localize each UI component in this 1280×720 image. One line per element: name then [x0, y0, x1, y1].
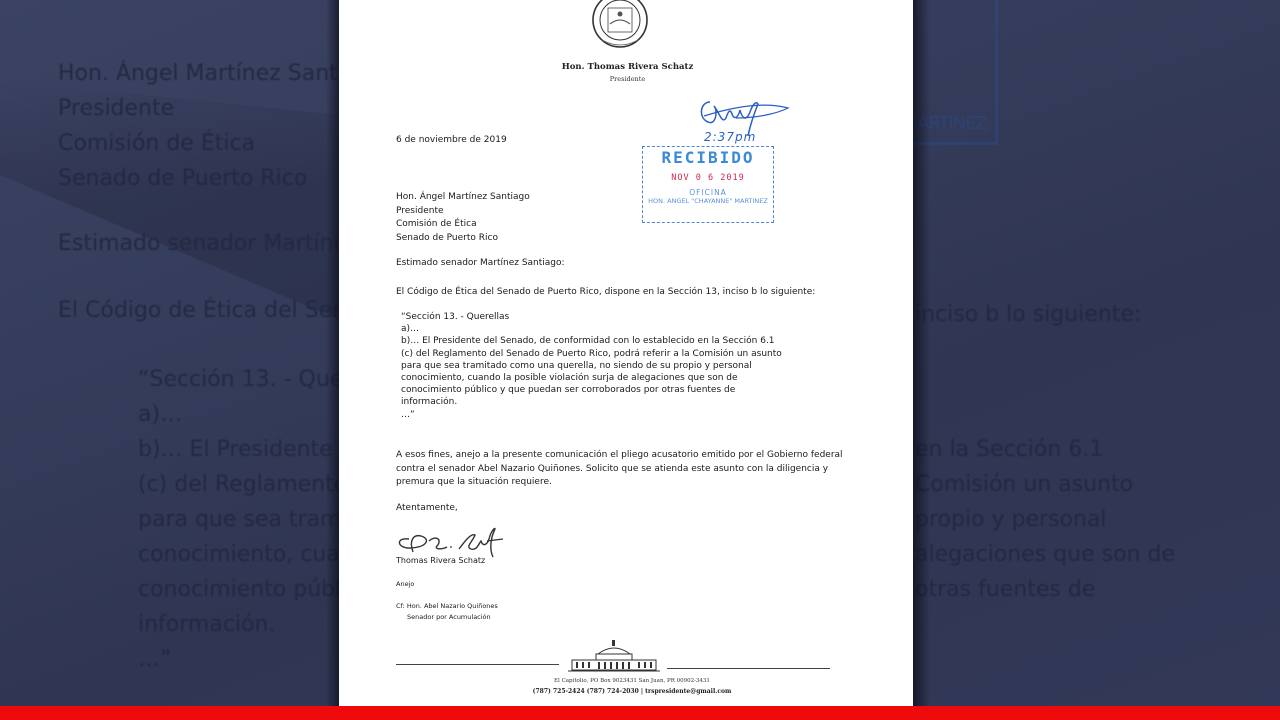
footer-contact: (787) 725-2424 (787) 724-2030 | trspresi… — [339, 688, 913, 695]
recipient-block: Hon. Ángel Martínez Santiago Presidente … — [396, 191, 530, 245]
background-quote-right-text: en la Sección 6.1 Comisión un asunto pro… — [915, 432, 1085, 607]
letter-page: Hon. Thomas Rivera Schatz Presidente 6 d… — [339, 0, 913, 706]
red-banner-bar — [0, 706, 1280, 720]
stamp-date: NOV 0 6 2019 — [643, 173, 773, 183]
bg-line: alegaciones que son de — [915, 537, 1085, 572]
quote-closing: …” — [401, 409, 807, 421]
recipient-title: Presidente — [396, 205, 530, 219]
letter-date: 6 de noviembre de 2019 — [396, 135, 507, 145]
footer-rule-right — [667, 668, 830, 669]
quote-line: información. — [401, 396, 807, 408]
sign-off: Atentamente, — [396, 503, 458, 513]
quote-line: para que sea tramitado como una querella… — [401, 360, 807, 372]
background-salutation-text: Estimado senador Martínez — [58, 226, 359, 261]
body-line: premura que la situación requiere. — [396, 476, 816, 490]
senate-seal-icon — [588, 0, 652, 54]
page-shadow-right — [912, 0, 930, 706]
salutation: Estimado senador Martínez Santiago: — [396, 258, 565, 268]
bg-line: otras fuentes de — [915, 572, 1085, 607]
body-line: A esos fines, anejo a la presente comuni… — [396, 449, 816, 463]
carbon-copy: Cf: Hon. Abel Nazario Quiñones Senador p… — [396, 601, 498, 623]
quote-heading: “Sección 13. - Querellas — [401, 311, 807, 323]
bg-line: en la Sección 6.1 — [915, 432, 1085, 467]
quote-line: b)… El Presidente del Senado, de conform… — [401, 335, 807, 347]
stamp-person: HON. ANGEL "CHAYANNE" MARTINEZ — [643, 197, 773, 205]
background-intro-right-text: inciso b lo siguiente: — [915, 297, 1141, 332]
recipient-commission: Comisión de Ética — [396, 218, 530, 232]
stamp-handwritten-time: 2:37pm — [704, 130, 756, 144]
footer-rule-left — [396, 664, 559, 665]
quote-line: conocimiento público y que puedan ser co… — [401, 384, 807, 396]
stamp-office: OFICINA — [643, 188, 773, 197]
intro-paragraph: El Código de Ética del Senado de Puerto … — [396, 287, 815, 297]
body-line: contra el senador Abel Nazario Quiñones.… — [396, 463, 816, 477]
stamp-title: RECIBIDO — [643, 148, 773, 167]
cc-title: Senador por Acumulación — [396, 612, 498, 623]
footer-address: El Capitolio, PO Box 9023431 San Juan, P… — [339, 678, 913, 684]
quote-line: conocimiento, cuando la posible violació… — [401, 372, 807, 384]
signer-name: Thomas Rivera Schatz — [396, 556, 485, 565]
cc-recipient: Cf: Hon. Abel Nazario Quiñones — [396, 601, 498, 612]
signature-image — [391, 519, 521, 559]
recipient-name: Hon. Ángel Martínez Santiago — [396, 191, 530, 205]
letterhead-name: Hon. Thomas Rivera Schatz — [339, 62, 913, 72]
capitol-building-icon — [564, 638, 664, 676]
bg-line: Comisión un asunto — [915, 467, 1085, 502]
bg-line: propio y personal — [915, 502, 1085, 537]
received-stamp: RECIBIDO NOV 0 6 2019 OFICINA HON. ANGEL… — [642, 146, 774, 223]
quote-line: (c) del Reglamento del Senado de Puerto … — [401, 348, 807, 360]
letterhead-title: Presidente — [339, 75, 913, 83]
page-shadow-left — [326, 0, 340, 706]
body-paragraph: A esos fines, anejo a la presente comuni… — [396, 449, 816, 490]
recipient-institution: Senado de Puerto Rico — [396, 232, 530, 246]
quote-item-a: a)… — [401, 323, 807, 335]
quoted-section: “Sección 13. - Querellas a)… b)… El Pres… — [401, 311, 807, 421]
enclosure-note: Anejo — [396, 580, 414, 588]
